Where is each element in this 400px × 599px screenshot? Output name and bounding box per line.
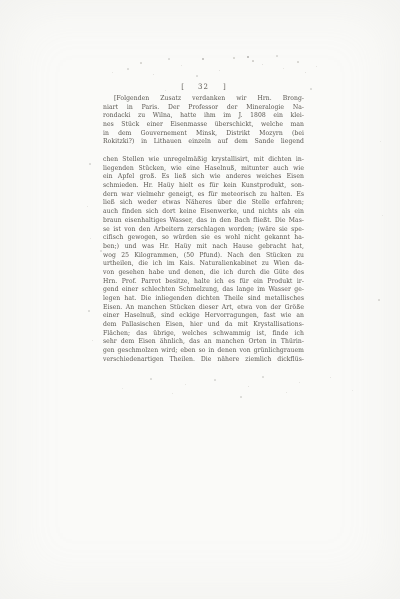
scan-speck xyxy=(168,58,170,60)
scan-speck xyxy=(352,390,353,391)
text-line: [Folgenden Zusatz verdanken wir Hrn. Bro… xyxy=(103,95,304,104)
scan-speck xyxy=(247,56,249,58)
text-line: Rokitzki?) in Lithauen einzeln auf dem S… xyxy=(103,138,304,147)
scan-speck xyxy=(140,62,142,64)
text-line: Hrn. Prof. Parrot besitze, halte ich es … xyxy=(103,278,304,287)
scan-speck xyxy=(196,75,198,77)
text-line: ließ sich weder etwas Näheres über die S… xyxy=(103,199,304,208)
scan-speck xyxy=(202,58,204,60)
text-line: von gesehen habe und denen, die ich durc… xyxy=(103,269,304,278)
scan-speck xyxy=(262,64,263,65)
scan-speck xyxy=(310,88,312,90)
scan-speck xyxy=(127,68,129,70)
scanned-book-page: [32] [Folgenden Zusatz verdanken wir Hrn… xyxy=(0,0,400,599)
page-number-bracket-left: [ xyxy=(181,83,184,91)
text-line: dem Pallasischen Eisen, hier und da mit … xyxy=(103,321,304,330)
scan-speck xyxy=(378,299,380,301)
text-line: liegenden Stücken, wie eine Haselnuß, mi… xyxy=(103,165,304,174)
paragraph-body-text-continuation: chen Stellen wie unregelmäßig krystallis… xyxy=(103,156,304,365)
scan-speck xyxy=(330,377,331,378)
text-line: nes Stück einer Eisenmasse überschickt, … xyxy=(103,121,304,130)
scan-speck xyxy=(297,61,299,63)
scan-speck xyxy=(92,340,93,341)
text-line: braun eisenhaltiges Wasser, das in den B… xyxy=(103,217,304,226)
text-line: ben;) und was Hr. Haüy mit nach Hause ge… xyxy=(103,243,304,252)
scan-speck xyxy=(185,384,186,385)
text-line: einer Haselnuß, sind eckige Hervorragung… xyxy=(103,312,304,321)
text-line: wog 25 Kilogrammen, (50 Pfund). Nach den… xyxy=(103,252,304,261)
text-line: cifisch gewogen, so würden sie es wohl n… xyxy=(103,234,304,243)
scan-speck xyxy=(122,388,123,389)
scan-speck xyxy=(150,378,152,380)
scan-speck xyxy=(276,55,278,57)
scan-speck xyxy=(87,206,88,207)
text-line: ein Apfel groß. Es ließ sich wie anderes… xyxy=(103,173,304,182)
text-line: verschiedenartigen Theilen. Die nähere z… xyxy=(103,356,304,365)
scan-speck xyxy=(262,376,264,378)
paragraph-editorial-note: [Folgenden Zusatz verdanken wir Hrn. Bro… xyxy=(103,95,304,147)
text-line: urtheilen, die ich im Kais. Naturalienka… xyxy=(103,260,304,269)
scan-speck xyxy=(286,392,287,393)
scan-speck xyxy=(172,393,173,394)
scan-speck xyxy=(181,65,182,66)
text-line: in dem Gouvernement Minsk, Distrikt Mozy… xyxy=(103,130,304,139)
text-line: gend einer schlechten Schmelzung, das la… xyxy=(103,286,304,295)
scan-speck xyxy=(305,72,306,73)
page-number-bracket-right: ] xyxy=(223,83,226,91)
scan-speck xyxy=(240,396,242,398)
scan-speck xyxy=(252,60,254,62)
scan-speck xyxy=(153,74,154,75)
scan-speck xyxy=(316,66,317,67)
text-line: auch finden sich dort keine Eisenwerke, … xyxy=(103,208,304,217)
text-line: gen geschmolzen wird; eben so in denen v… xyxy=(103,347,304,356)
text-line: se ist von den Arbeitern zerschlagen wor… xyxy=(103,226,304,235)
text-line: rondacki zu Wilna, hatte ihm im J. 1808 … xyxy=(103,112,304,121)
text-line: Flächen; das übrige, welches schwammig i… xyxy=(103,330,304,339)
scan-speck xyxy=(219,70,220,71)
text-line: schmieden. Hr. Haüy hielt es für kein Ku… xyxy=(103,182,304,191)
scan-speck xyxy=(230,150,231,151)
scan-speck xyxy=(90,238,91,239)
page-number-value: 32 xyxy=(198,83,209,91)
scan-speck xyxy=(214,379,216,381)
scan-speck xyxy=(88,310,90,312)
scan-speck xyxy=(299,382,300,383)
text-line: dern war vielmehr geneigt, es für meteor… xyxy=(103,191,304,200)
scan-speck xyxy=(382,215,383,216)
scan-speck xyxy=(112,72,113,73)
scan-speck xyxy=(248,386,249,387)
scan-speck xyxy=(283,68,284,69)
text-line: Eisen. An manchen Stücken dieser Art, et… xyxy=(103,304,304,313)
text-line: sehr dem Eisen ähnlich, das an manchen O… xyxy=(103,338,304,347)
text-line: chen Stellen wie unregelmäßig krystallis… xyxy=(103,156,304,165)
text-line: niart in Paris. Der Professor der Minera… xyxy=(103,104,304,113)
scan-speck xyxy=(100,250,102,252)
scan-speck xyxy=(380,141,381,142)
scan-speck xyxy=(150,151,151,152)
scan-speck xyxy=(89,163,91,165)
page-number: [32] xyxy=(103,83,304,91)
scan-speck xyxy=(233,57,235,59)
text-line: legen hat. Die inliegenden dichten Theil… xyxy=(103,295,304,304)
